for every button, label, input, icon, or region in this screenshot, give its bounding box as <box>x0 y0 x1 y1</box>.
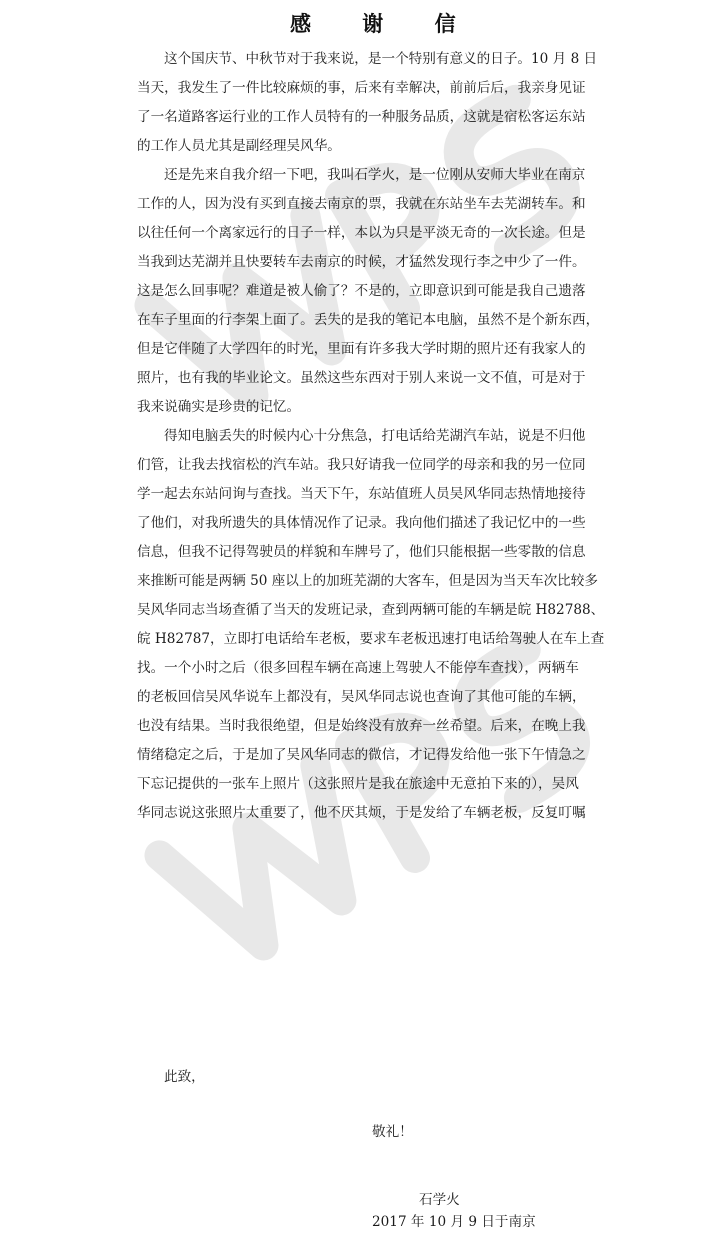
text-line: 学一起去东站问询与查找。当天下午，东站值班人员吴风华同志热情地接待 <box>137 485 586 503</box>
text-line: 这是怎么回事呢？难道是被人偷了？不是的，立即意识到可能是我自己遗落 <box>137 282 586 300</box>
signature: 石学火 <box>419 1188 460 1208</box>
text-line: 情绪稳定之后，于是加了吴风华同志的微信，才记得发给他一张下午情急之 <box>137 746 586 764</box>
text-line: 工作的人，因为没有买到直接去南京的票，我就在东站坐车去芜湖转车。和 <box>137 195 586 213</box>
text-line: 找。一个小时之后（很多回程车辆在高速上驾驶人不能停车查找），两辆车 <box>137 659 579 677</box>
text-line: 我来说确实是珍贵的记忆。 <box>137 398 300 416</box>
respect-line: 敬礼！ <box>372 1120 413 1140</box>
text-line: 在车子里面的行李架上面了。丢失的是我的笔记本电脑，虽然不是个新东西， <box>137 311 599 329</box>
wps-watermark-icon <box>0 0 720 1238</box>
text-line: 还是先来自我介绍一下吧，我叫石学火，是一位刚从安师大毕业在南京 <box>164 166 585 184</box>
text-line: 得知电脑丢失的时候内心十分焦急，打电话给芜湖汽车站，说是不归他 <box>164 427 585 445</box>
text-line: 下忘记提供的一张车上照片（这张照片是我在旅途中无意拍下来的），吴风 <box>137 775 579 793</box>
text-line: 皖 H82787，立即打电话给车老板，要求车老板迅速打电话给驾驶人在车上查 <box>137 630 604 648</box>
text-line: 了他们，对我所遗失的具体情况作了记录。我向他们描述了我记忆中的一些 <box>137 514 586 532</box>
text-line: 的工作人员尤其是副经理吴风华。 <box>137 137 341 155</box>
text-line: 当天，我发生了一件比较麻烦的事，后来有幸解决，前前后后，我亲身见证 <box>137 79 586 97</box>
text-line: 当我到达芜湖并且快要转车去南京的时候，才猛然发现行李之中少了一件。 <box>137 253 586 271</box>
text-line: 来推断可能是两辆 50 座以上的加班芜湖的大客车，但是因为当天车次比较多 <box>137 572 598 590</box>
text-line: 的老板回信吴风华说车上都没有，吴风华同志说也查询了其他可能的车辆， <box>137 688 586 706</box>
letter-title: 感 谢 信 <box>290 8 450 38</box>
text-line: 也没有结果。当时我很绝望，但是始终没有放弃一丝希望。后来，在晚上我 <box>137 717 586 735</box>
text-line: 信息，但我不记得驾驶员的样貌和车牌号了，他们只能根据一些零散的信息 <box>137 543 586 561</box>
text-line: 华同志说这张照片太重要了，他不厌其烦，于是发给了车辆老板，反复叮嘱 <box>137 804 586 822</box>
text-line: 但是它伴随了大学四年的时光，里面有许多我大学时期的照片还有我家人的 <box>137 340 586 358</box>
date-line: 2017 年 10 月 9 日于南京 <box>372 1210 536 1230</box>
text-line: 吴风华同志当场查循了当天的发班记录，查到两辆可能的车辆是皖 H82788、 <box>137 601 604 619</box>
text-line: 了一名道路客运行业的工作人员特有的一种服务品质，这就是宿松客运东站 <box>137 108 586 126</box>
text-line: 们管，让我去找宿松的汽车站。我只好请我一位同学的母亲和我的另一位同 <box>137 456 586 474</box>
text-line: 以往任何一个离家远行的日子一样，本以为只是平淡无奇的一次长途。但是 <box>137 224 586 242</box>
salutation: 此致， <box>164 1065 205 1085</box>
text-line: 照片，也有我的毕业论文。虽然这些东西对于别人来说一文不值，可是对于 <box>137 369 586 387</box>
text-line: 这个国庆节、中秋节对于我来说，是一个特别有意义的日子。10 月 8 日 <box>164 50 597 68</box>
